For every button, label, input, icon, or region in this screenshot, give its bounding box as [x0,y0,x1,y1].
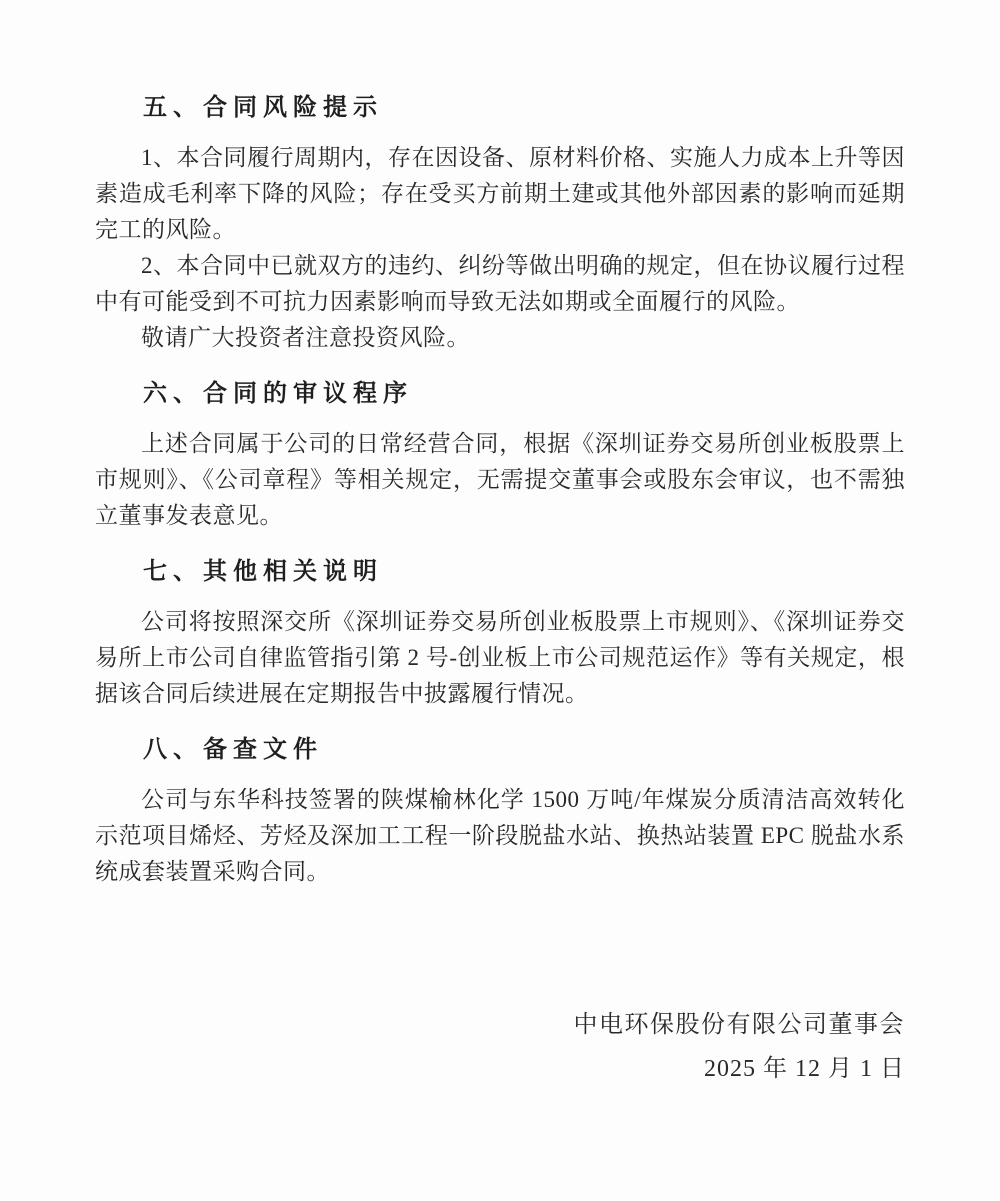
paragraph: 2、本合同中已就双方的违约、纠纷等做出明确的规定，但在协议履行过程中有可能受到不… [95,248,905,320]
section-title: 七、其他相关说明 [95,554,905,590]
signature-company: 中电环保股份有限公司董事会 [95,1008,905,1042]
section-title: 八、备查文件 [95,732,905,768]
section-contract-risk-notice: 五、合同风险提示 1、本合同履行周期内，存在因设备、原材料价格、实施人力成本上升… [95,90,905,356]
paragraph: 敬请广大投资者注意投资风险。 [95,320,905,356]
paragraph: 上述合同属于公司的日常经营合同，根据《深圳证券交易所创业板股票上市规则》、《公司… [95,426,905,534]
paragraph: 公司将按照深交所《深圳证券交易所创业板股票上市规则》、《深圳证券交易所上市公司自… [95,604,905,712]
section-contract-review-procedure: 六、合同的审议程序 上述合同属于公司的日常经营合同，根据《深圳证券交易所创业板股… [95,376,905,534]
signature-date: 2025 年 12 月 1 日 [95,1052,905,1086]
section-title: 六、合同的审议程序 [95,376,905,412]
section-other-related-notes: 七、其他相关说明 公司将按照深交所《深圳证券交易所创业板股票上市规则》、《深圳证… [95,554,905,712]
section-title: 五、合同风险提示 [95,90,905,126]
paragraph: 公司与东华科技签署的陕煤榆林化学 1500 万吨/年煤炭分质清洁高效转化示范项目… [95,782,905,890]
announcement-document-page: 五、合同风险提示 1、本合同履行周期内，存在因设备、原材料价格、实施人力成本上升… [0,0,1000,1201]
paragraph: 1、本合同履行周期内，存在因设备、原材料价格、实施人力成本上升等因素造成毛利率下… [95,140,905,248]
section-documents-for-reference: 八、备查文件 公司与东华科技签署的陕煤榆林化学 1500 万吨/年煤炭分质清洁高… [95,732,905,890]
signature-block: 中电环保股份有限公司董事会 2025 年 12 月 1 日 [95,1008,905,1086]
